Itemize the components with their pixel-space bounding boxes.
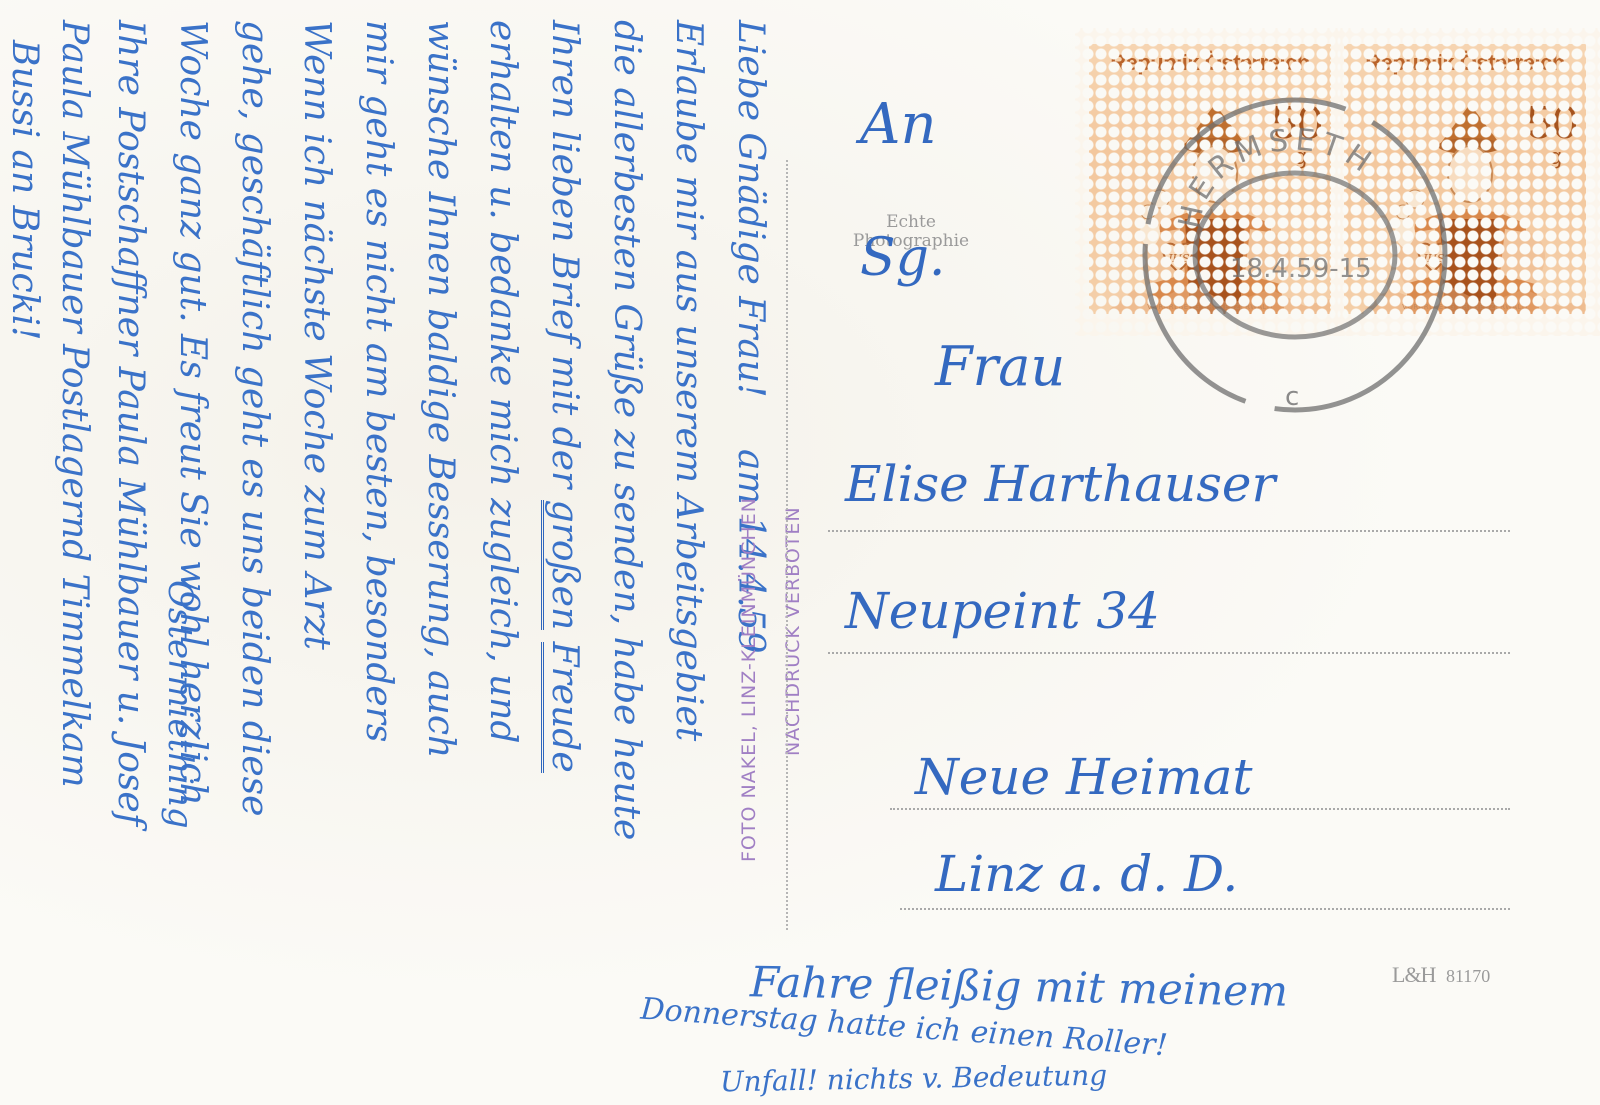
- postmark-code: c: [1285, 382, 1299, 412]
- recipient-city: Linz a. d. D.: [935, 845, 1238, 903]
- stamp-country: Republik Österreich: [1089, 50, 1331, 76]
- stamp-country: Republik Österreich: [1344, 50, 1586, 76]
- recipient-street: Neupeint 34: [845, 582, 1160, 640]
- message-line: Bussi an Brucki!: [4, 40, 44, 340]
- address-line-2: [828, 652, 1510, 654]
- message-line: Paula Mühlbauer Postlagernd Timmelkam: [54, 20, 94, 788]
- address-line-3: [890, 808, 1510, 810]
- publisher-logo: L&H: [1392, 962, 1435, 987]
- stamp-value: 50: [1527, 100, 1578, 144]
- message-line: erhalten u. bedanke mich zugleich, und: [482, 20, 522, 743]
- catalog-code: 81170: [1446, 966, 1490, 986]
- stamp-unit: g: [1550, 144, 1562, 170]
- postage-stamp: Republik Österreich JHS 50 g VORARLBERG …: [1075, 28, 1345, 336]
- publisher-imprint: FOTO NAKEL, LINZ-KLEINMÜNCHEN: [738, 497, 760, 862]
- handwritten-message: Liebe Gnädige Frau! am 14.4.59 Erlaube m…: [0, 20, 770, 1080]
- message-line: Wenn ich nächste Woche zum Arzt: [296, 20, 336, 650]
- vertical-divider: [786, 160, 788, 930]
- message-line: Ihren lieben Brief mit der großen Freude: [544, 20, 584, 773]
- catalog-number: L&H 81170: [1392, 962, 1490, 988]
- underlined-word: großen: [541, 500, 585, 630]
- address-line-4: [900, 908, 1510, 910]
- stamp-unit: g: [1295, 144, 1307, 170]
- footer-note-line3: Unfall! nichts v. Bedeutung: [720, 1059, 1108, 1099]
- postcard-back: Liebe Gnädige Frau! am 14.4.59 Erlaube m…: [0, 0, 1600, 1105]
- postage-stamp: Republik Österreich JHS 50 g VORARLBERG …: [1330, 28, 1600, 336]
- address-line-1: [828, 530, 1510, 532]
- message-line: Ihre Postschaffner Paula Mühlbauer u. Jo…: [110, 20, 150, 826]
- address-prefix: An: [860, 92, 937, 157]
- svg-text:JHS: JHS: [1421, 252, 1445, 265]
- message-line: Erlaube mir aus unserem Arbeitsgebiet: [668, 20, 708, 741]
- stamp-caption: VORARLBERG BREGENZERWALD: [1089, 303, 1331, 311]
- greeting: Liebe Gnädige Frau!: [730, 20, 771, 398]
- message-line: gehe, geschäftlich geht es uns beiden di…: [234, 20, 274, 816]
- svg-text:JHS: JHS: [1166, 252, 1190, 265]
- signature: Ostermiething: [160, 580, 200, 829]
- address-title: Frau: [935, 335, 1065, 398]
- recipient-locality: Neue Heimat: [915, 748, 1253, 806]
- underlined-word: Freude: [541, 642, 585, 773]
- message-line: wünsche Ihnen baldige Besserung, auch: [420, 20, 460, 758]
- stamp-value: 50: [1272, 100, 1323, 144]
- address-salutation: Sg.: [860, 228, 945, 288]
- message-line: die allerbesten Grüße zu senden, habe he…: [606, 20, 646, 840]
- message-line: mir geht es nicht am besten, besonders: [358, 20, 398, 742]
- stamp-caption: VORARLBERG BREGENZERWALD: [1344, 303, 1586, 311]
- recipient-name: Elise Harthauser: [845, 455, 1275, 513]
